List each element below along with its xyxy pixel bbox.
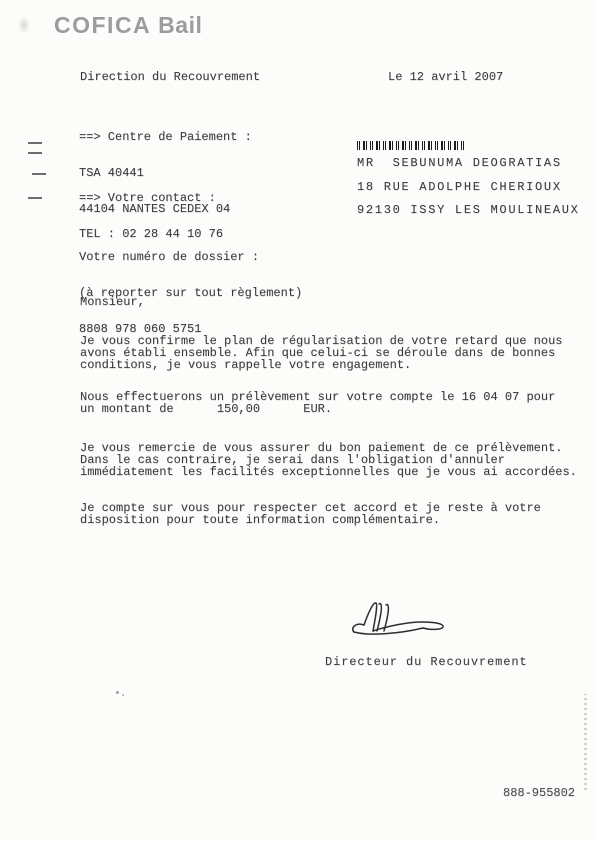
department-line: Direction du Recouvrement	[80, 71, 260, 83]
document-reference-number: 888-955802	[503, 787, 575, 799]
address-barcode	[357, 141, 467, 150]
logo-text-cofica: COFICA	[54, 12, 151, 38]
scan-speck-artifact	[116, 691, 119, 694]
margin-fold-mark	[28, 197, 42, 199]
body-paragraph-4: Je compte sur vous pour respecter cet ac…	[80, 502, 541, 526]
scan-speck-artifact	[122, 694, 124, 696]
signer-title: Directeur du Recouvrement	[325, 656, 528, 668]
recipient-name: MR SEBUNUMA DEOGRATIAS	[357, 157, 562, 169]
body-paragraph-3: Je vous remercie de vous assurer du bon …	[80, 442, 577, 478]
salutation: Monsieur,	[80, 296, 145, 308]
margin-fold-mark	[28, 152, 42, 154]
margin-fold-mark	[28, 142, 42, 144]
edge-fine-print	[584, 694, 587, 790]
contact-intro: ==> Votre contact :	[79, 192, 223, 204]
scan-smudge-artifact	[18, 16, 30, 34]
cofica-bail-logo: COFICABail	[54, 12, 202, 39]
margin-fold-mark	[32, 173, 46, 175]
handwritten-signature	[348, 598, 448, 640]
logo-text-bail: Bail	[158, 12, 202, 38]
recipient-city: 92130 ISSY LES MOULINEAUX	[357, 204, 580, 216]
dossier-label: Votre numéro de dossier :	[79, 251, 302, 263]
payment-center-intro: ==> Centre de Paiement :	[79, 131, 252, 143]
date-line: Le 12 avril 2007	[388, 71, 503, 83]
body-paragraph-2: Nous effectuerons un prélèvement sur vot…	[80, 391, 555, 415]
body-paragraph-1: Je vous confirme le plan de régularisati…	[80, 335, 562, 371]
scanned-letter-page: COFICABail Direction du Recouvrement Le …	[0, 0, 595, 841]
recipient-street: 18 RUE ADOLPHE CHERIOUX	[357, 181, 562, 193]
